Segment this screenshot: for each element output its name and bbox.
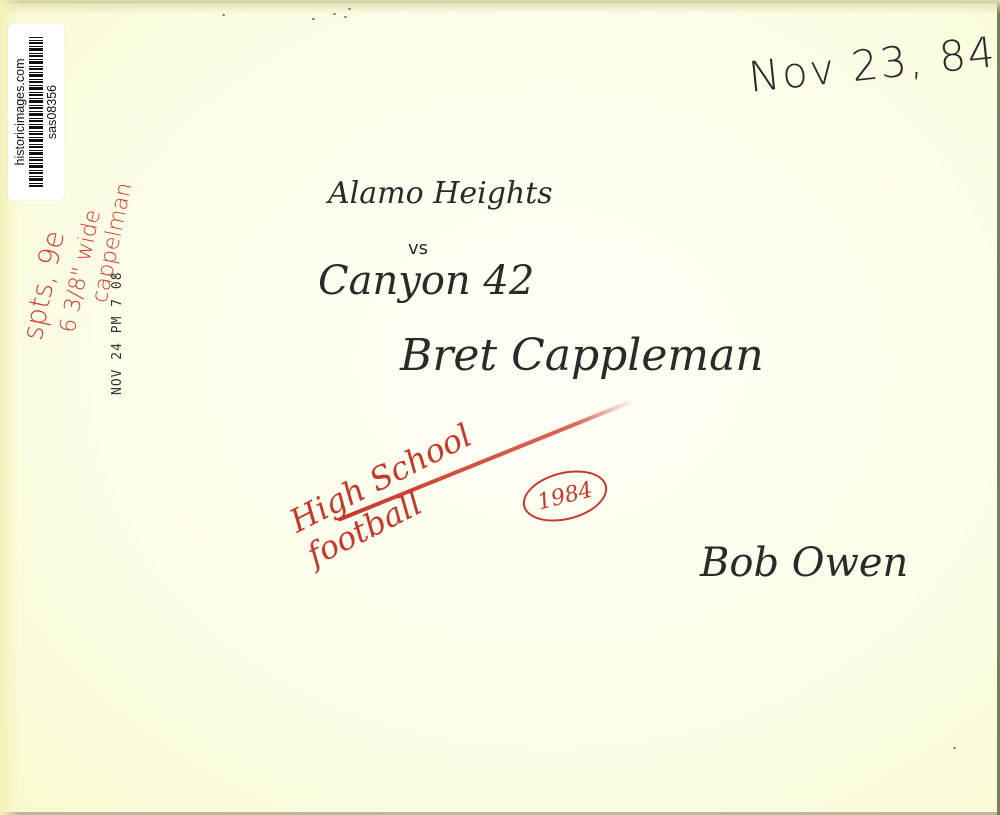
versus-label: vs [408, 238, 428, 259]
photographer-signature: Bob Owen [700, 540, 908, 586]
speck [333, 13, 336, 15]
team-b-score: Canyon 42 [318, 258, 534, 304]
photo-back: historicimages.com sas08356 spts, 9e 6 3… [0, 0, 1000, 815]
red-caption-block: High School football 1984 [310, 380, 650, 560]
editor-notes: spts, 9e 6 3/8" wide cappelman [20, 110, 160, 410]
speck [312, 18, 315, 20]
team-a: Alamo Heights [328, 176, 553, 211]
received-stamp: NOV 24 PM 7 08 [110, 271, 125, 395]
speck [344, 16, 347, 18]
paper-edge-top [0, 0, 1000, 14]
handwritten-date: Nov 23, 84 [746, 27, 999, 102]
caption-text: High School football [283, 356, 613, 574]
year-circle: 1984 [517, 462, 612, 529]
speck [953, 747, 956, 749]
speck [348, 8, 351, 10]
speck [222, 14, 225, 16]
year-text: 1984 [535, 477, 595, 515]
